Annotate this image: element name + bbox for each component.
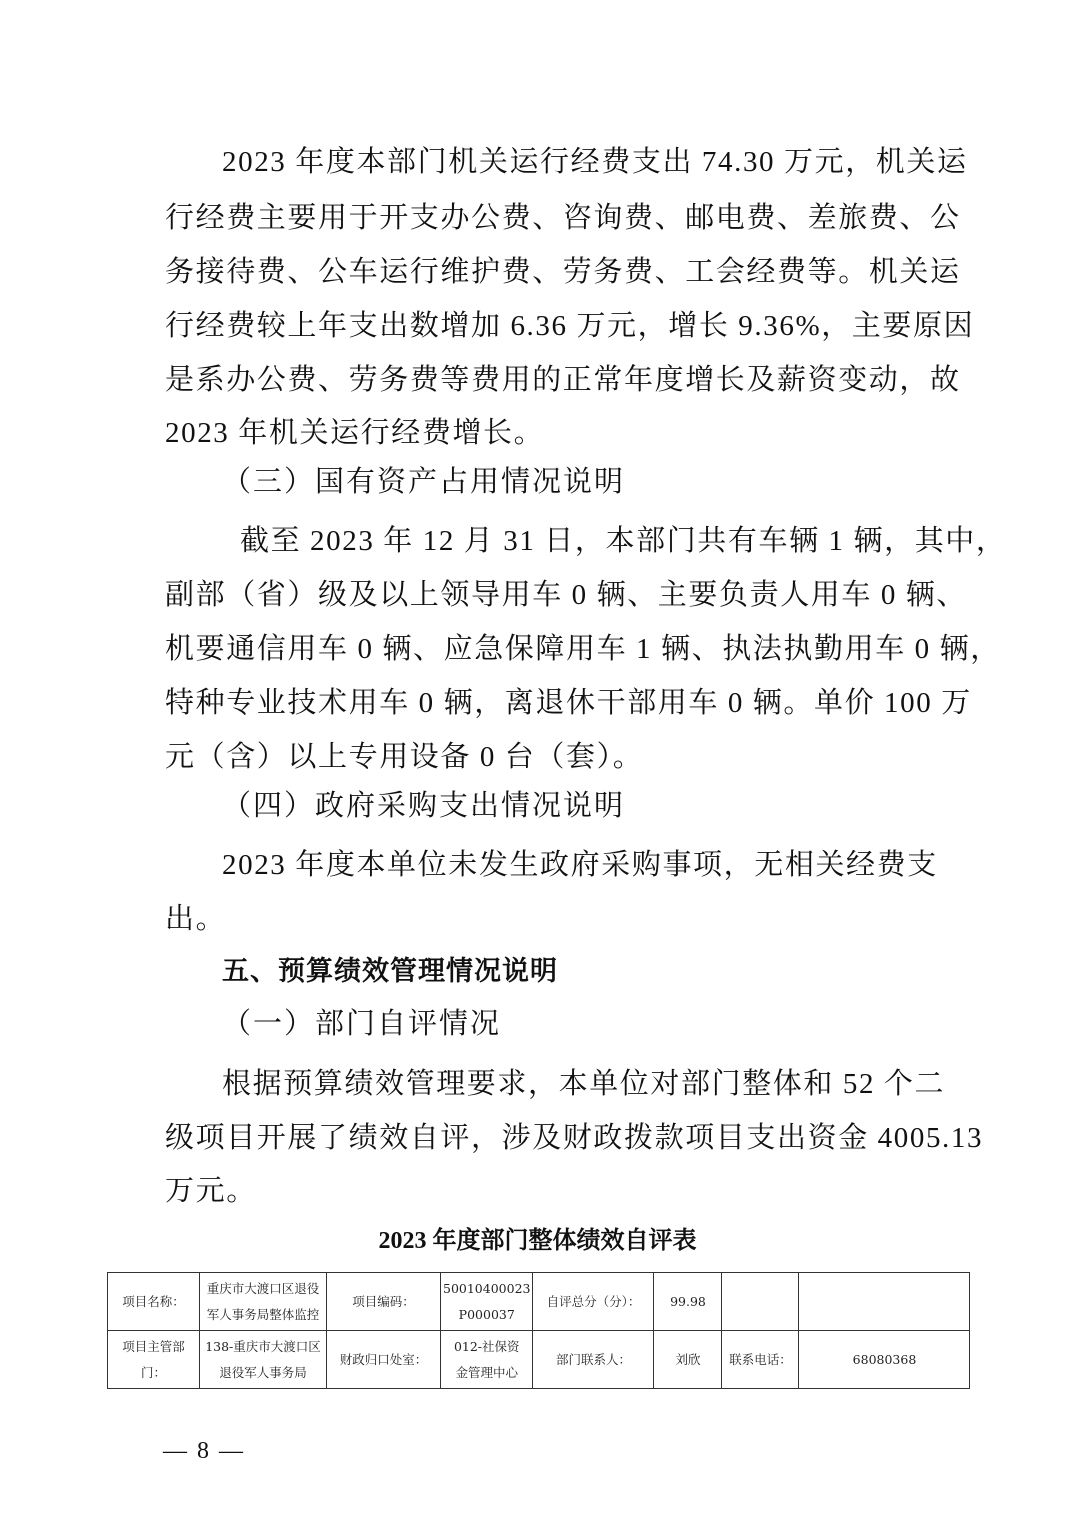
self-evaluation-table: 项目名称： 重庆市大渡口区退役 军人事务局整体监控 项目编码： 50010400… — [107, 1272, 970, 1389]
cell-line: 金管理中心 — [443, 1360, 530, 1386]
section-heading-performance: 五、预算绩效管理情况说明 — [222, 952, 558, 992]
table-cell-label: 项目主管部门： — [108, 1331, 200, 1389]
cell-line: 重庆市大渡口区退役 — [202, 1276, 324, 1302]
document-page: 2023 年度本部门机关运行经费支出 74.30 万元，机关运 行经费主要用于开… — [0, 0, 1075, 1520]
cell-line: 军人事务局整体监控 — [202, 1302, 324, 1328]
table-cell-label: 部门联系人： — [533, 1331, 654, 1389]
table-cell-value: 68080368 — [799, 1331, 970, 1389]
table-cell-value: 重庆市大渡口区退役 军人事务局整体监控 — [200, 1273, 327, 1331]
cell-line: 012-社保资 — [443, 1334, 530, 1360]
table-cell-label: 项目编码： — [327, 1273, 441, 1331]
table-row: 项目主管部门： 138-重庆市大渡口区 退役军人事务局 财政归口处室： 012-… — [108, 1331, 970, 1389]
paragraph-line: 是系办公费、劳务费等费用的正常年度增长及薪资变动，故 — [165, 360, 913, 400]
page-number: — 8 — — [163, 1436, 245, 1466]
paragraph-line: 行经费主要用于开支办公费、咨询费、邮电费、差旅费、公 — [165, 198, 913, 238]
table-title: 2023 年度部门整体绩效自评表 — [0, 1224, 1075, 1258]
paragraph-line: 机要通信用车 0 辆、应急保障用车 1 辆、执法执勤用车 0 辆， — [165, 629, 913, 669]
subsection-heading-assets: （三）国有资产占用情况说明 — [222, 462, 625, 502]
paragraph-line: 2023 年度本单位未发生政府采购事项，无相关经费支 — [222, 845, 913, 885]
table-cell-value: 012-社保资 金管理中心 — [441, 1331, 533, 1389]
paragraph-line: 务接待费、公车运行维护费、劳务费、工会经费等。机关运 — [165, 252, 913, 292]
paragraph-line: 2023 年度本部门机关运行经费支出 74.30 万元，机关运 — [222, 142, 913, 182]
table-cell-label: 财政归口处室： — [327, 1331, 441, 1389]
cell-line: 138-重庆市大渡口区 — [202, 1334, 324, 1360]
table-cell-value: 刘欣 — [654, 1331, 722, 1389]
table-cell-value: 50010400023 P000037 — [441, 1273, 533, 1331]
table-row: 项目名称： 重庆市大渡口区退役 军人事务局整体监控 项目编码： 50010400… — [108, 1273, 970, 1331]
paragraph-line: 级项目开展了绩效自评，涉及财政拨款项目支出资金 4005.13 — [165, 1118, 913, 1158]
paragraph-line: 根据预算绩效管理要求，本单位对部门整体和 52 个二 — [222, 1064, 913, 1104]
table-cell-value: 138-重庆市大渡口区 退役军人事务局 — [200, 1331, 327, 1389]
subsection-heading-self-evaluation: （一）部门自评情况 — [222, 1004, 501, 1044]
paragraph-line: 2023 年机关运行经费增长。 — [165, 413, 913, 453]
table-cell-label: 项目名称： — [108, 1273, 200, 1331]
paragraph-line: 万元。 — [165, 1171, 913, 1211]
paragraph-line: 行经费较上年支出数增加 6.36 万元，增长 9.36%，主要原因 — [165, 306, 913, 346]
table-cell-label: 联系电话： — [722, 1331, 799, 1389]
table-cell-label: 自评总分（分）： — [533, 1273, 654, 1331]
table-cell-value — [799, 1273, 970, 1331]
table-cell-value: 99.98 — [654, 1273, 722, 1331]
paragraph-line: 副部（省）级及以上领导用车 0 辆、主要负责人用车 0 辆、 — [165, 575, 913, 615]
cell-line: 50010400023 — [443, 1276, 530, 1302]
paragraph-line: 特种专业技术用车 0 辆，离退休干部用车 0 辆。单价 100 万 — [165, 683, 913, 723]
cell-line: 退役军人事务局 — [202, 1360, 324, 1386]
paragraph-line: 元（含）以上专用设备 0 台（套）。 — [165, 737, 913, 777]
subsection-heading-procurement: （四）政府采购支出情况说明 — [222, 786, 625, 826]
cell-line: P000037 — [443, 1302, 530, 1328]
paragraph-line: 截至 2023 年 12 月 31 日，本部门共有车辆 1 辆，其中， — [240, 521, 913, 561]
paragraph-line: 出。 — [165, 899, 913, 939]
table-cell-label — [722, 1273, 799, 1331]
